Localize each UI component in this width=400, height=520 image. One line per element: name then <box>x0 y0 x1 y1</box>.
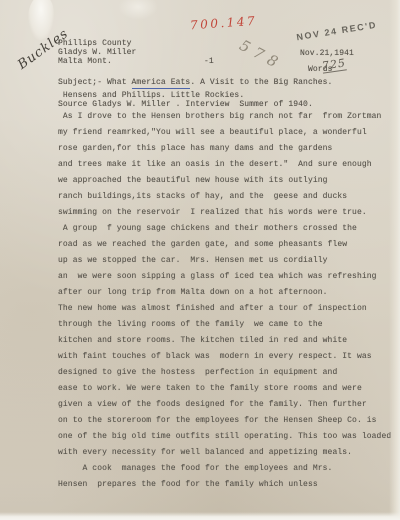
handwritten-file-number: 700.147 <box>190 14 258 33</box>
page-number: -1 <box>204 57 214 66</box>
handwritten-pencil-number: 578 <box>237 36 287 74</box>
typed-line: an we were soon sipping a glass of iced … <box>58 269 394 285</box>
scan-edge-right <box>389 0 400 520</box>
scan-edge-bottom <box>0 512 400 520</box>
typed-line: up as we stopped the car. Mrs. Hensen me… <box>58 253 394 269</box>
typed-line: my friend reamrked,"You will see a beaut… <box>58 125 394 141</box>
typed-line: A cook manages the food for the employee… <box>58 461 394 477</box>
typed-line: ranch buildings,its stacks of hay, and t… <box>58 189 394 205</box>
typed-line: kitchen and store rooms. The kitchen til… <box>58 333 394 349</box>
typed-line: A group f young sage chickens and their … <box>58 221 394 237</box>
scanned-document-page: Buckles 700.147 578 NOV 24 REC'D Phillip… <box>0 0 400 520</box>
subject-prefix: Subject;- What <box>58 78 132 87</box>
typed-line: road as we reached the garden gate, and … <box>58 237 394 253</box>
typed-line: swimming on the reservoir I realized tha… <box>58 205 394 221</box>
typed-line: rose garden,for this place has many dams… <box>58 141 394 157</box>
typed-line: after our long trip from Malta down on a… <box>58 285 394 301</box>
typed-line: given a view of the foods designed for t… <box>58 397 394 413</box>
typed-line: designed to give the hostess perfection … <box>58 365 394 381</box>
typed-line: The new home was almost finished and aft… <box>58 301 394 317</box>
subject-line: Subject;- What America Eats. A Visit to … <box>58 78 332 87</box>
date-line: Nov.21,1941 <box>300 49 354 58</box>
typed-line: ease to work. We were taken to the famil… <box>58 381 394 397</box>
town-line: Malta Mont. <box>58 57 112 66</box>
typed-body: As I drove to the Hensen brothers big ra… <box>58 109 394 493</box>
typed-line: one of the big old time outfits still op… <box>58 429 394 445</box>
typed-line: and trees make it like an oasis in the d… <box>58 157 394 173</box>
subject-underlined-phrase: America Eats <box>132 78 191 89</box>
subject-suffix: . A Visit to the Big Ranches. <box>190 78 332 87</box>
typed-line: with every necessity for well balanced a… <box>58 445 394 461</box>
county-line: Phillips County <box>58 39 132 48</box>
source-line: Source Gladys W. Miller . Interview Summ… <box>58 100 313 109</box>
typed-line: through the living rooms of the family w… <box>58 317 394 333</box>
received-date-stamp: NOV 24 REC'D <box>296 20 378 43</box>
handwritten-word-count: 725 <box>321 56 347 73</box>
typed-line: on to the storeroom for the employees fo… <box>58 413 394 429</box>
topic-line: Hensens and Phillips. Little Rockies. <box>58 91 244 100</box>
typed-line: we approached the beautiful new house wi… <box>58 173 394 189</box>
typed-line: with faint touches of black was modern i… <box>58 349 394 365</box>
paper-fold-mark <box>118 0 158 20</box>
typed-line: Hensen prepares the food for the family … <box>58 477 394 493</box>
typed-line: As I drove to the Hensen brothers big ra… <box>58 109 394 125</box>
author-line: Gladys W. Miller <box>58 48 136 57</box>
